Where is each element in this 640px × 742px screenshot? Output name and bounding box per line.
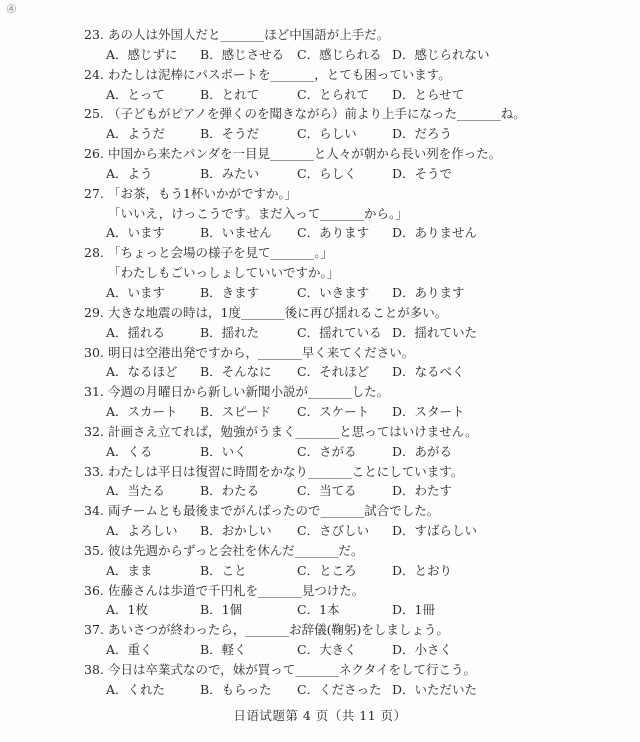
option-c: C．さがる — [297, 442, 392, 462]
question-block: 34.両チームとも最後までがんばったので_______試合でした。 A．よろしい… — [0, 501, 640, 541]
option-a: A．重く — [106, 640, 200, 660]
question-stem-line: 28.「ちょっと会場の様子を見て_______。」 — [0, 243, 640, 263]
options-row: A．スカート B．スピード C．スケート D．スタート — [106, 402, 640, 422]
question-number: 32. — [84, 422, 108, 442]
options-row: A．います B．きます C．いきます D．あります — [106, 283, 640, 303]
question-text: あいさつが終わったら，_______お辞儀(鞠躬)をしましょう。 — [108, 622, 449, 637]
option-c: C．くださった — [297, 680, 392, 700]
option-a: A．います — [106, 283, 200, 303]
question-text: 今日は卒業式なので，妹が買って_______ネクタイをして行こう。 — [108, 662, 476, 677]
option-c: C．当てる — [297, 481, 392, 501]
question-text: 中国から来たパンダを一目見_______と人々が朝から長い列を作った。 — [108, 146, 501, 161]
question-block: 38.今日は卒業式なので，妹が買って_______ネクタイをして行こう。 A．く… — [0, 660, 640, 700]
option-d: D．とらせて — [392, 85, 640, 105]
option-d: D．だろう — [392, 124, 640, 144]
option-d: D．ありません — [392, 223, 640, 243]
question-stem-line: 27.「お茶，もう1杯いかがですか。」 — [0, 184, 640, 204]
option-a: A．よう — [106, 164, 200, 184]
question-text: わたしは泥棒にパスポートを_______，とても困っています。 — [108, 67, 451, 82]
option-d: D．スタート — [392, 402, 640, 422]
page-footer: 日语试题第 4 页（共 11 页） — [0, 706, 640, 726]
question-stem-line: 38.今日は卒業式なので，妹が買って_______ネクタイをして行こう。 — [0, 660, 640, 680]
question-number: 30. — [84, 343, 108, 363]
question-text: 彼は先週からずっと会社を休んだ_______だ。 — [108, 543, 364, 558]
option-b: B．みたい — [200, 164, 297, 184]
option-b: B．もらった — [200, 680, 297, 700]
option-c: C．らしい — [297, 124, 392, 144]
question-stem-line: 29.大きな地震の時は，1度_______後に再び揺れることが多い。 — [0, 303, 640, 323]
question-number: 36. — [84, 581, 108, 601]
option-b: B．軽く — [200, 640, 297, 660]
option-b: B．揺れた — [200, 323, 297, 343]
question-stem-line: 24.わたしは泥棒にパスポートを_______，とても困っています。 — [0, 65, 640, 85]
question-number: 27. — [84, 184, 108, 204]
question-block: 31.今週の月曜日から新しい新聞小説が_______した。 A．スカート B．ス… — [0, 382, 640, 422]
option-b: B．とれて — [200, 85, 297, 105]
option-d: D．1冊 — [392, 600, 640, 620]
question-text: 両チームとも最後までがんばったので_______試合でした。 — [108, 503, 439, 518]
question-text-continued: 「わたしもごいっしょしていいですか。」 — [0, 263, 640, 283]
option-d: D．そうで — [392, 164, 640, 184]
question-number: 35. — [84, 541, 108, 561]
option-c: C．ところ — [297, 561, 392, 581]
option-a: A．とって — [106, 85, 200, 105]
question-list: 23.あの人は外国人だと_______ほど中国語が上手だ。 A．感じずに B．感… — [0, 0, 640, 700]
option-c: C．それほど — [297, 362, 392, 382]
question-stem-line: 36.佐藤さんは歩道で千円札を_______見つけた。 — [0, 581, 640, 601]
question-stem-line: 26.中国から来たパンダを一目見_______と人々が朝から長い列を作った。 — [0, 144, 640, 164]
options-row: A．感じずに B．感じさせる C．感じられる D．感じられない — [106, 45, 640, 65]
option-a: A．スカート — [106, 402, 200, 422]
question-number: 38. — [84, 660, 108, 680]
option-c: C．あります — [297, 223, 392, 243]
exam-page: ④ 23.あの人は外国人だと_______ほど中国語が上手だ。 A．感じずに B… — [0, 0, 640, 742]
option-c: C．感じられる — [297, 45, 392, 65]
question-stem-line: 23.あの人は外国人だと_______ほど中国語が上手だ。 — [0, 25, 640, 45]
option-b: B．スピード — [200, 402, 297, 422]
option-b: B．おかしい — [200, 521, 297, 541]
question-number: 23. — [84, 25, 108, 45]
option-a: A．くる — [106, 442, 200, 462]
question-block: 24.わたしは泥棒にパスポートを_______，とても困っています。 A．とって… — [0, 65, 640, 105]
question-number: 34. — [84, 501, 108, 521]
options-row: A．よう B．みたい C．らしく D．そうで — [106, 164, 640, 184]
option-a: A．います — [106, 223, 200, 243]
question-block: 35.彼は先週からずっと会社を休んだ_______だ。 A．まま B．こと C．… — [0, 541, 640, 581]
question-text: 「ちょっと会場の様子を見て_______。」 — [108, 245, 333, 260]
option-c: C．スケート — [297, 402, 392, 422]
question-number: 33. — [84, 462, 108, 482]
question-number: 28. — [84, 243, 108, 263]
question-block: 27.「お茶，もう1杯いかがですか。」 「いいえ，けっこうです。まだ入って___… — [0, 184, 640, 244]
question-block: 36.佐藤さんは歩道で千円札を_______見つけた。 A．1枚 B．1個 C．… — [0, 581, 640, 621]
option-d: D．小さく — [392, 640, 640, 660]
question-number: 25. — [84, 104, 108, 124]
option-d: D．わたす — [392, 481, 640, 501]
question-stem-line: 31.今週の月曜日から新しい新聞小説が_______した。 — [0, 382, 640, 402]
option-c: C．揺れている — [297, 323, 392, 343]
question-block: 26.中国から来たパンダを一目見_______と人々が朝から長い列を作った。 A… — [0, 144, 640, 184]
option-d: D．あがる — [392, 442, 640, 462]
corner-mark: ④ — [6, 2, 17, 16]
question-stem-line: 35.彼は先週からずっと会社を休んだ_______だ。 — [0, 541, 640, 561]
question-text: （子どもがピアノを弾くのを聞きながら）前より上手になった_______ね。 — [108, 106, 526, 121]
options-row: A．揺れる B．揺れた C．揺れている D．揺れていた — [106, 323, 640, 343]
option-a: A．ようだ — [106, 124, 200, 144]
options-row: A．よろしい B．おかしい C．さびしい D．すばらしい — [106, 521, 640, 541]
option-d: D．すばらしい — [392, 521, 640, 541]
option-c: C．らしく — [297, 164, 392, 184]
question-stem-line: 34.両チームとも最後までがんばったので_______試合でした。 — [0, 501, 640, 521]
option-d: D．とおり — [392, 561, 640, 581]
question-block: 33.わたしは平日は復習に時間をかなり_______ことにしています。 A．当た… — [0, 462, 640, 502]
question-stem-line: 32.計画さえ立てれば，勉強がうまく_______と思ってはいけません。 — [0, 422, 640, 442]
option-c: C．さびしい — [297, 521, 392, 541]
option-a: A．揺れる — [106, 323, 200, 343]
question-text: 佐藤さんは歩道で千円札を_______見つけた。 — [108, 583, 364, 598]
option-a: A．よろしい — [106, 521, 200, 541]
options-row: A．まま B．こと C．ところ D．とおり — [106, 561, 640, 581]
question-block: 32.計画さえ立てれば，勉強がうまく_______と思ってはいけません。 A．く… — [0, 422, 640, 462]
question-text: 計画さえ立てれば，勉強がうまく_______と思ってはいけません。 — [108, 424, 478, 439]
question-stem-line: 37.あいさつが終わったら，_______お辞儀(鞠躬)をしましょう。 — [0, 620, 640, 640]
question-text: わたしは平日は復習に時間をかなり_______ことにしています。 — [108, 464, 463, 479]
option-a: A．当たる — [106, 481, 200, 501]
question-stem-line: 30.明日は空港出発ですから，_______早く来てください。 — [0, 343, 640, 363]
option-b: B．こと — [200, 561, 297, 581]
option-c: C．大きく — [297, 640, 392, 660]
option-d: D．あります — [392, 283, 640, 303]
option-b: B．そうだ — [200, 124, 297, 144]
option-a: A．くれた — [106, 680, 200, 700]
options-row: A．なるほど B．そんなに C．それほど D．なるべく — [106, 362, 640, 382]
question-text: 「お茶，もう1杯いかがですか。」 — [108, 186, 297, 201]
question-block: 23.あの人は外国人だと_______ほど中国語が上手だ。 A．感じずに B．感… — [0, 25, 640, 65]
question-number: 31. — [84, 382, 108, 402]
question-text: 大きな地震の時は，1度_______後に再び揺れることが多い。 — [108, 305, 447, 320]
option-d: D．いただいた — [392, 680, 640, 700]
question-number: 29. — [84, 303, 108, 323]
options-row: A．います B．いません C．あります D．ありません — [106, 223, 640, 243]
question-number: 37. — [84, 620, 108, 640]
question-text-continued: 「いいえ，けっこうです。まだ入って_______から。」 — [0, 204, 640, 224]
options-row: A．ようだ B．そうだ C．らしい D．だろう — [106, 124, 640, 144]
option-c: C．いきます — [297, 283, 392, 303]
options-row: A．くる B．いく C．さがる D．あがる — [106, 442, 640, 462]
option-b: B．わたる — [200, 481, 297, 501]
option-d: D．揺れていた — [392, 323, 640, 343]
question-block: 30.明日は空港出発ですから，_______早く来てください。 A．なるほど B… — [0, 343, 640, 383]
options-row: A．とって B．とれて C．とられて D．とらせて — [106, 85, 640, 105]
question-block: 25.（子どもがピアノを弾くのを聞きながら）前より上手になった_______ね。… — [0, 104, 640, 144]
question-text: 明日は空港出発ですから，_______早く来てください。 — [108, 345, 414, 360]
options-row: A．当たる B．わたる C．当てる D．わたす — [106, 481, 640, 501]
option-a: A．まま — [106, 561, 200, 581]
option-b: B．いく — [200, 442, 297, 462]
option-b: B．いません — [200, 223, 297, 243]
options-row: A．1枚 B．1個 C．1本 D．1冊 — [106, 600, 640, 620]
question-stem-line: 33.わたしは平日は復習に時間をかなり_______ことにしています。 — [0, 462, 640, 482]
option-c: C．とられて — [297, 85, 392, 105]
options-row: A．重く B．軽く C．大きく D．小さく — [106, 640, 640, 660]
question-text: あの人は外国人だと_______ほど中国語が上手だ。 — [108, 27, 389, 42]
question-stem-line: 25.（子どもがピアノを弾くのを聞きながら）前より上手になった_______ね。 — [0, 104, 640, 124]
option-a: A．感じずに — [106, 45, 200, 65]
question-block: 37.あいさつが終わったら，_______お辞儀(鞠躬)をしましょう。 A．重く… — [0, 620, 640, 660]
question-text: 今週の月曜日から新しい新聞小説が_______した。 — [108, 384, 389, 399]
options-row: A．くれた B．もらった C．くださった D．いただいた — [106, 680, 640, 700]
option-d: D．なるべく — [392, 362, 640, 382]
option-b: B．きます — [200, 283, 297, 303]
option-c: C．1本 — [297, 600, 392, 620]
question-block: 29.大きな地震の時は，1度_______後に再び揺れることが多い。 A．揺れる… — [0, 303, 640, 343]
question-block: 28.「ちょっと会場の様子を見て_______。」 「わたしもごいっしょしていい… — [0, 243, 640, 303]
option-d: D．感じられない — [392, 45, 640, 65]
option-a: A．なるほど — [106, 362, 200, 382]
option-a: A．1枚 — [106, 600, 200, 620]
option-b: B．1個 — [200, 600, 297, 620]
question-number: 26. — [84, 144, 108, 164]
option-b: B．感じさせる — [200, 45, 297, 65]
question-number: 24. — [84, 65, 108, 85]
option-b: B．そんなに — [200, 362, 297, 382]
